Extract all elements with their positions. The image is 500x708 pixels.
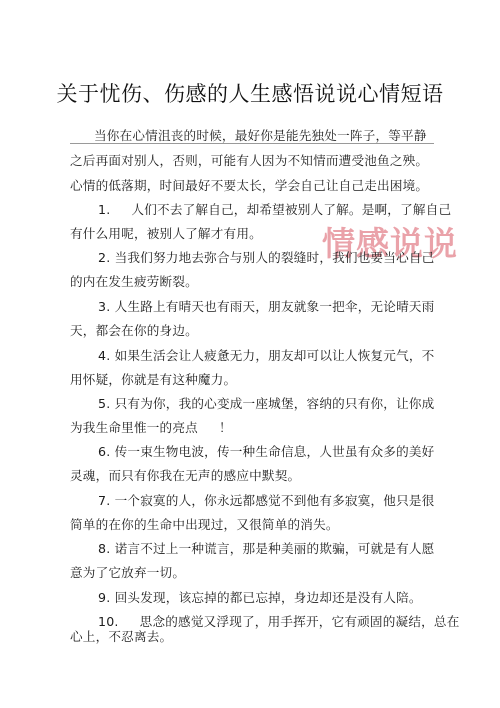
text-line: 心情的低落期，时间最好不要太长，学会自己让自己走出困境。 (70, 175, 428, 194)
document-title: 关于忧伤、伤感的人生感悟说说心情短语 (0, 78, 500, 108)
text-line: 意为了它放弃一切。 (70, 562, 185, 581)
text-line: 9. 回头发现，该忘掉的都已忘掉，身边却还是没有人陪。 (98, 587, 422, 606)
text-line: 2. 当我们努力地去弥合与别人的裂缝时，我们也要当心自己 (98, 247, 434, 266)
text-line: 灵魂，而只有你我在无声的感应中默契。 (70, 465, 300, 484)
text-line: 6. 传一束生物电波，传一种生命信息，人世虽有众多的美好 (98, 441, 434, 460)
text-line: 有什么用呢，被别人了解才有用。 (70, 223, 262, 242)
text-line: 为我生命里惟一的亮点 ！ (70, 417, 232, 436)
text-line: 7. 一个寂寞的人，你永远都感觉不到他有多寂寞，他只是很 (98, 490, 434, 509)
text-line: 8. 诺言不过上一种谎言，那是种美丽的欺骗，可就是有人愿 (98, 538, 434, 557)
text-line: 天，都会在你的身边。 (70, 320, 198, 339)
text-line: 3. 人生路上有晴天也有雨天，朋友就象一把伞，无论晴天雨 (98, 296, 434, 315)
text-line: 简单的在你的生命中出现过，又很简单的消失。 (70, 514, 339, 533)
text-line: 4. 如果生活会让人疲惫无力，朋友却可以让人恢复元气，不 (98, 345, 434, 364)
text-line: 之后再面对别人，否则，可能有人因为不知情而遭受池鱼之殃。 (70, 150, 428, 169)
text-line: 1. 人们不去了解自己，却希望被别人了解。是啊，了解自己 (98, 199, 451, 218)
text-line: 心上，不忍离去。 (70, 626, 172, 645)
text-line: 用怀疑，你就是有这种魔力。 (70, 369, 236, 388)
text-line: 当你在心情沮丧的时候，最好你是能先独处一阵子，等平静 (94, 125, 427, 144)
text-line: 5. 只有为你，我的心变成一座城堡，容纳的只有你，让你成 (98, 393, 434, 412)
text-line: 的内在发生疲劳断裂。 (70, 271, 198, 290)
